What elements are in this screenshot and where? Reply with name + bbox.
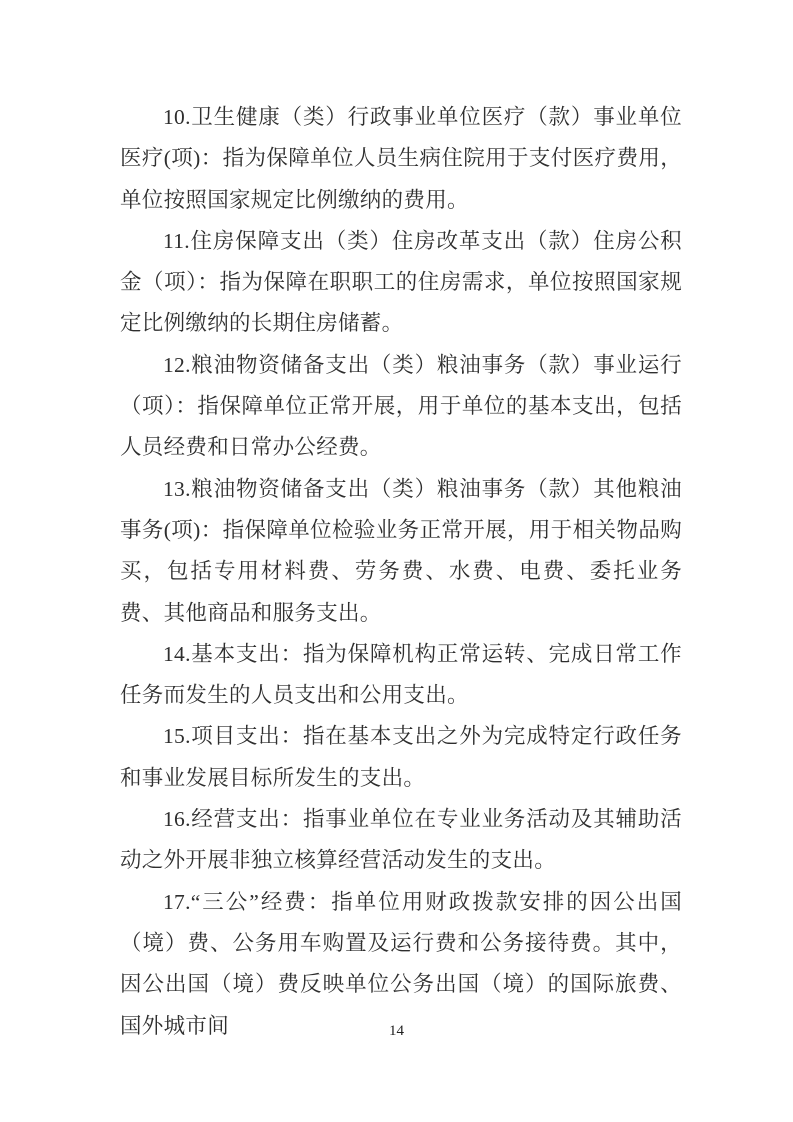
paragraph-item-12: 12.粮油物资储备支出（类）粮油事务（款）事业运行（项）：指保障单位正常开展，用…: [120, 345, 682, 469]
document-body: 10.卫生健康（类）行政事业单位医疗（款）事业单位医疗(项)：指为保障单位人员生…: [120, 97, 682, 1047]
document-page: 10.卫生健康（类）行政事业单位医疗（款）事业单位医疗(项)：指为保障单位人员生…: [0, 0, 793, 1122]
paragraph-item-15: 15.项目支出：指在基本支出之外为完成特定行政任务和事业发展目标所发生的支出。: [120, 716, 682, 799]
paragraph-item-14: 14.基本支出：指为保障机构正常运转、完成日常工作任务而发生的人员支出和公用支出…: [120, 634, 682, 717]
paragraph-item-16: 16.经营支出：指事业单位在专业业务活动及其辅助活动之外开展非独立核算经营活动发…: [120, 799, 682, 882]
page-number: 14: [0, 1023, 793, 1040]
paragraph-item-10: 10.卫生健康（类）行政事业单位医疗（款）事业单位医疗(项)：指为保障单位人员生…: [120, 97, 682, 221]
paragraph-item-11: 11.住房保障支出（类）住房改革支出（款）住房公积金（项）：指为保障在职职工的住…: [120, 221, 682, 345]
paragraph-item-13: 13.粮油物资储备支出（类）粮油事务（款）其他粮油事务(项)：指保障单位检验业务…: [120, 469, 682, 634]
